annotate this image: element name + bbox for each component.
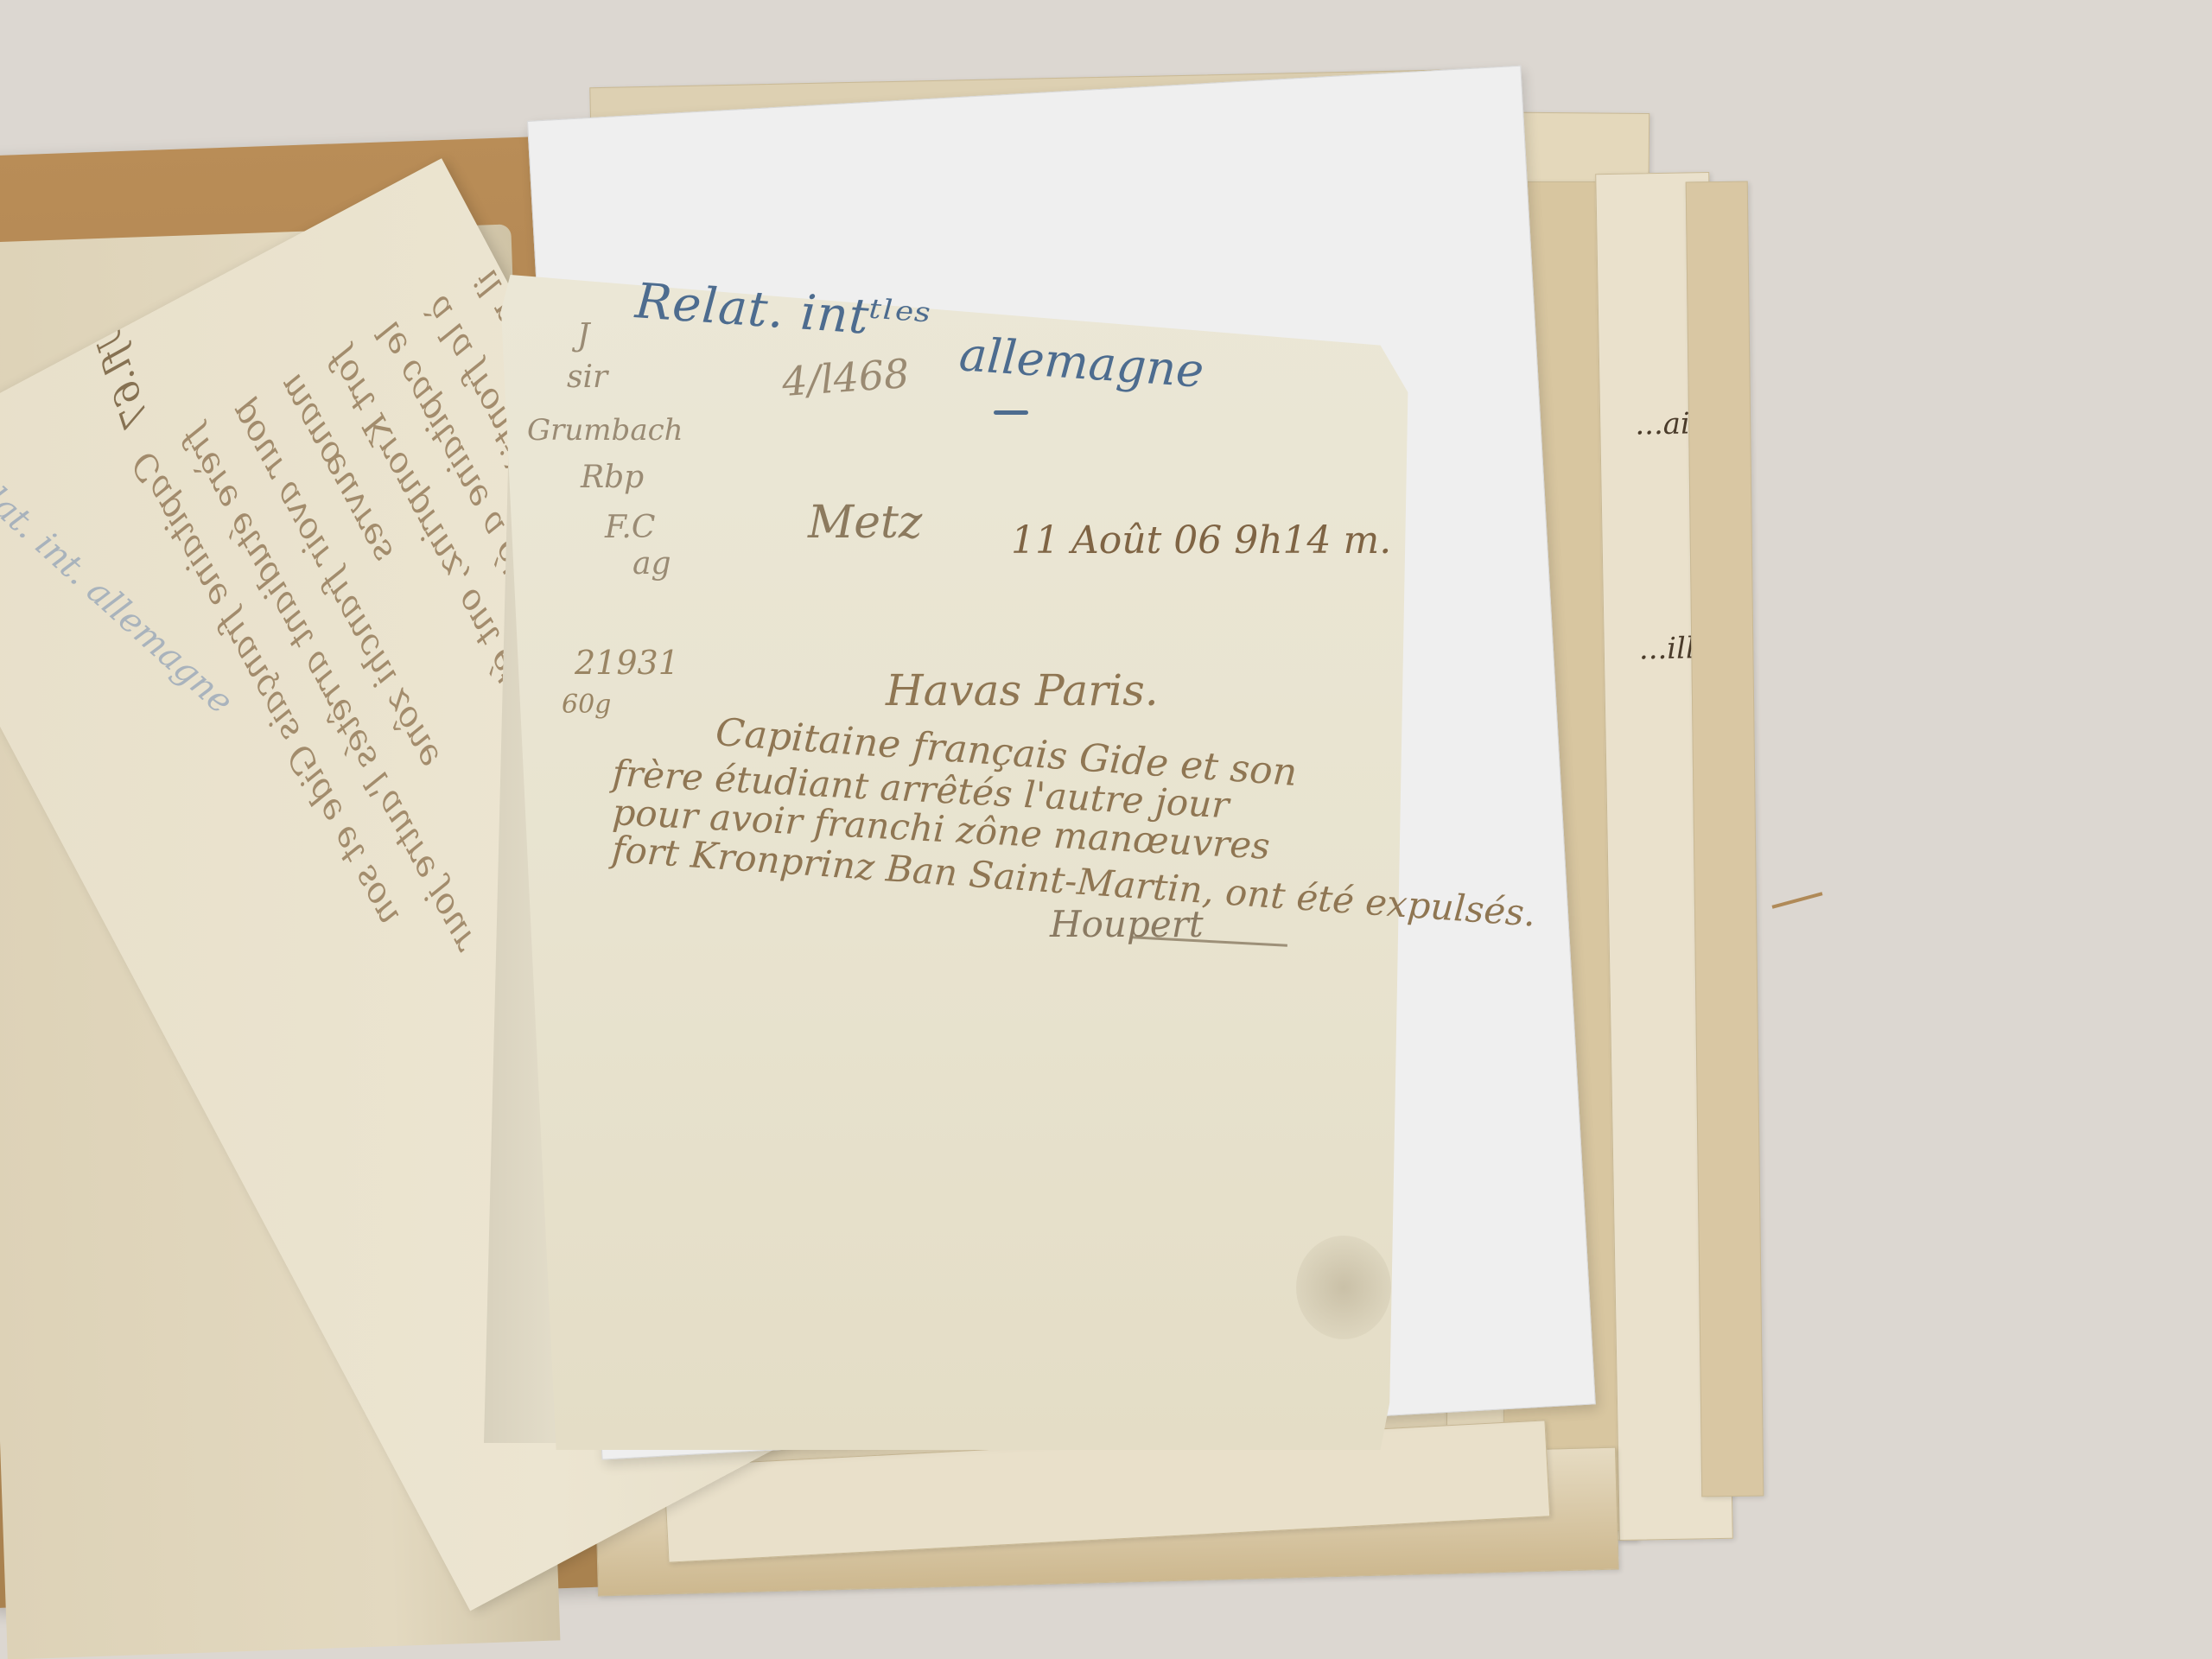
message-number: 21931 xyxy=(575,644,679,682)
paper-stain xyxy=(1296,1236,1391,1339)
origin-place: Metz xyxy=(808,497,922,549)
margin-note: Grumbach xyxy=(527,413,683,448)
margin-note: F.C xyxy=(605,510,655,545)
header-reference: 4/l468 xyxy=(780,350,911,405)
margin-note: J xyxy=(577,318,589,353)
margin-note: ag xyxy=(632,546,671,582)
header-underline xyxy=(994,410,1028,415)
message-number-sub: 60g xyxy=(562,690,611,720)
margin-note: Rbp xyxy=(581,460,644,495)
origin-date-time: 11 Août 06 9h14 m. xyxy=(1011,518,1391,563)
margin-note: sir xyxy=(567,359,607,395)
paper-debris xyxy=(1772,892,1823,908)
addressee: Havas Paris. xyxy=(886,665,1159,715)
